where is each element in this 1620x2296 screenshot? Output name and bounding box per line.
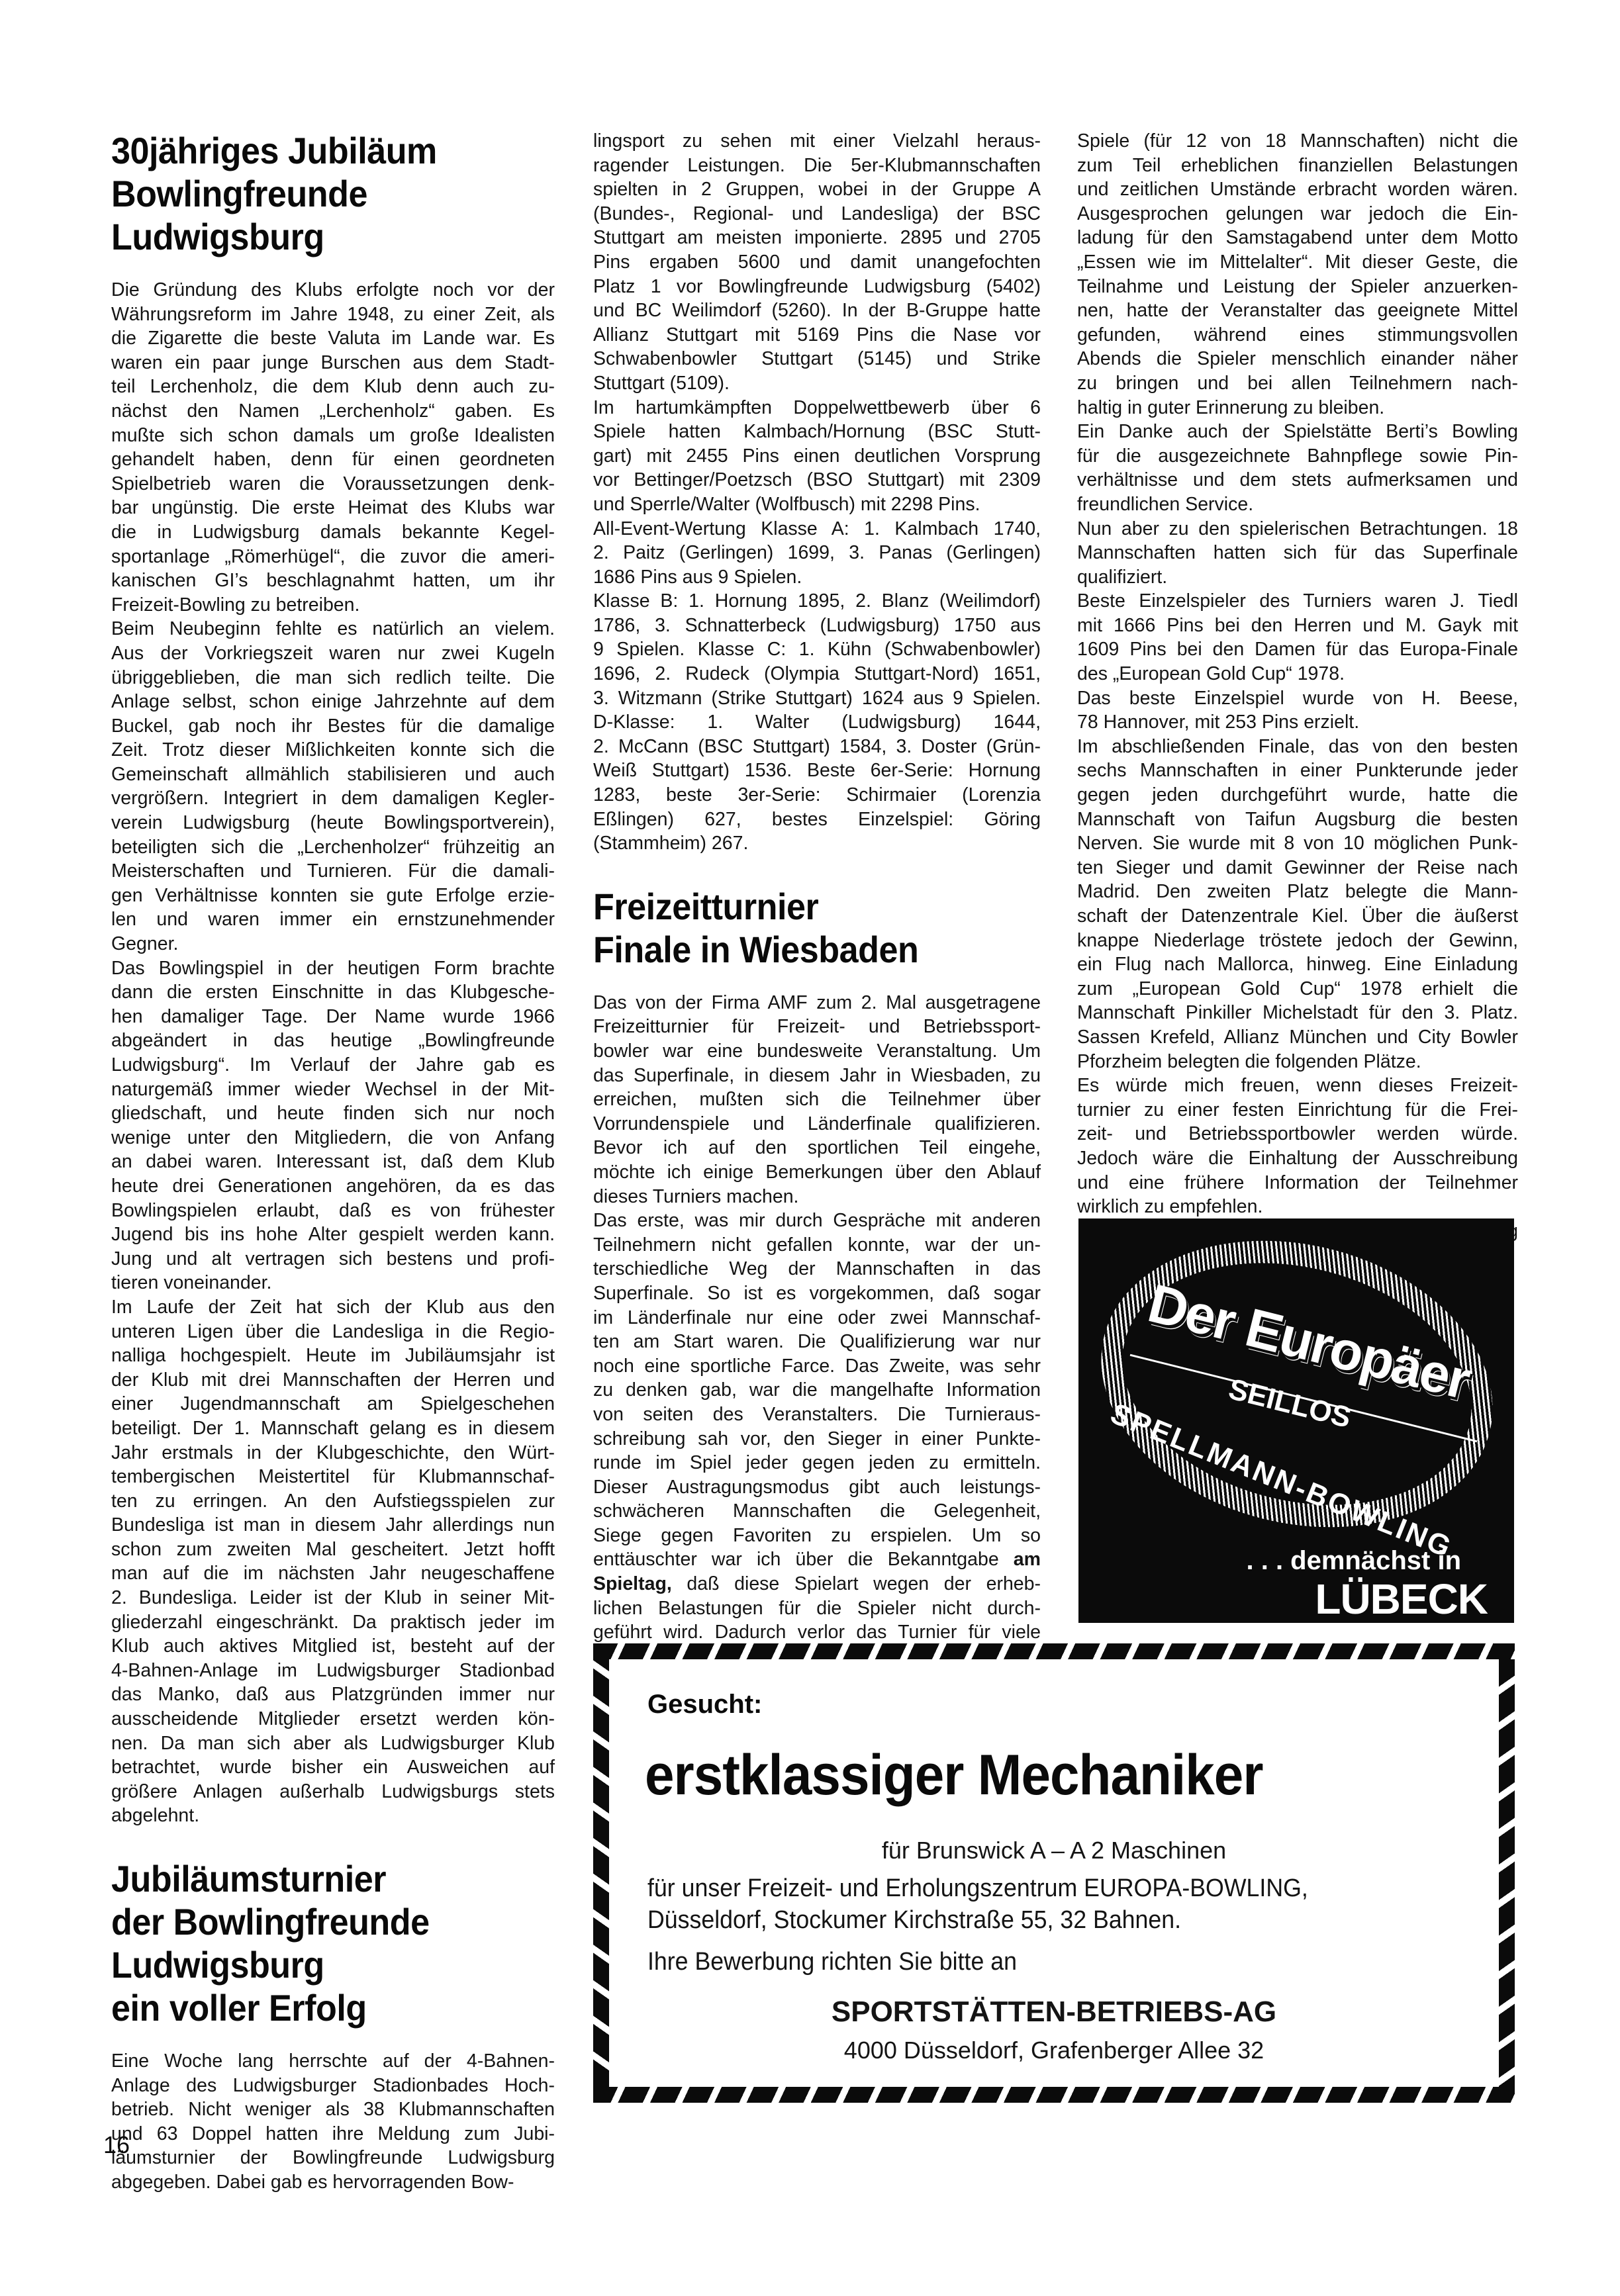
paragraph: Das von der Firma AMF zum 2. Mal ausgetr…: [593, 991, 1041, 1209]
headline-line: der Bowlingfreunde: [111, 1900, 524, 1943]
headline-line: Finale in Wiesbaden: [593, 928, 1010, 971]
headline-line: 30jähriges Jubiläum: [111, 129, 524, 172]
headline-line: Ludwigsburg: [111, 1943, 524, 1986]
article2-body-continued: lingsport zu sehen mit einer Vielzahl he…: [593, 129, 1041, 856]
job-ad-title: erstklassiger Mechaniker: [645, 1743, 1263, 1808]
promo-ad-europaeer: Der Europäer SEILLOS SPELLMANN-BOWLING .…: [1078, 1218, 1514, 1623]
article3-headline: FreizeitturnierFinale in Wiesbaden: [593, 885, 1010, 971]
striped-border-top: [593, 1643, 1515, 1659]
page-number: 16: [103, 2131, 130, 2159]
article3-body-start: Das von der Firma AMF zum 2. Mal ausgetr…: [593, 991, 1041, 1693]
paragraph: Im hartumkämpften Doppelwettbewerb über …: [593, 396, 1041, 517]
striped-border-bottom: [593, 2087, 1515, 2103]
column-right: Spiele (für 12 von 18 Mannschaften) nich…: [1077, 129, 1518, 1243]
paragraph: lingsport zu sehen mit einer Vielzahl he…: [593, 129, 1041, 396]
column-left: 30jähriges JubiläumBowlingfreundeLudwigs…: [111, 129, 555, 2195]
promo-tagline: . . . demnächst in: [1246, 1546, 1461, 1576]
job-ad-kicker: Gesucht:: [647, 1690, 762, 1720]
paragraph: Im Laufe der Zeit hat sich der Klub aus …: [111, 1295, 555, 1828]
job-ad-content: Gesucht: erstklassiger Mechaniker für Br…: [609, 1659, 1499, 2087]
paragraph: Klasse B: 1. Hornung 1895, 2. Blanz (Wei…: [593, 589, 1041, 856]
headline-line: ein voller Erfolg: [111, 1986, 524, 2029]
paragraph: All-Event-Wertung Klasse A: 1. Kalmbach …: [593, 517, 1041, 590]
job-ad-description: für unser Freizeit- und Erholungszentrum…: [647, 1872, 1308, 1936]
paragraph: Das erste, was mir durch Gespräche mit a…: [593, 1209, 1041, 1693]
article2-body-start: Eine Woche lang herrschte auf der 4-Bahn…: [111, 2049, 555, 2195]
headline-line: Jubiläumsturnier: [111, 1857, 524, 1900]
striped-border-left: [593, 1659, 609, 2087]
headline-line: Ludwigsburg: [111, 215, 524, 258]
promo-city: LÜBECK: [1315, 1575, 1488, 1623]
paragraph: Beste Einzelspieler des Turniers waren J…: [1077, 589, 1518, 686]
headline-line: Freizeitturnier: [593, 885, 1010, 928]
paragraph: Das Bowlingspiel in der heutigen Form br…: [111, 956, 555, 1295]
paragraph: Die Gründung des Klubs erfolgte noch vor…: [111, 278, 555, 617]
column-middle: lingsport zu sehen mit einer Vielzahl he…: [593, 129, 1041, 1693]
article2-headline: Jubiläumsturnierder BowlingfreundeLudwig…: [111, 1857, 524, 2029]
paragraph: Im abschließenden Finale, das von den be…: [1077, 735, 1518, 1074]
paragraph: Spiele (für 12 von 18 Mannschaften) nich…: [1077, 129, 1518, 420]
paragraph: Das beste Einzelspiel wurde von H. Beese…: [1077, 686, 1518, 735]
job-ad-machines: für Brunswick A – A 2 Maschinen: [609, 1837, 1499, 1864]
article1-headline: 30jähriges JubiläumBowlingfreundeLudwigs…: [111, 129, 524, 258]
job-ad-description-line: für unser Freizeit- und Erholungszentrum…: [647, 1872, 1308, 1904]
paragraph: Eine Woche lang herrschte auf der 4-Bahn…: [111, 2049, 555, 2195]
paragraph: Nun aber zu den spielerischen Betrachtun…: [1077, 517, 1518, 590]
striped-border-right: [1499, 1659, 1515, 2087]
paragraph: Beim Neubeginn fehlte es natürlich an vi…: [111, 617, 555, 956]
job-ad-apply: Ihre Bewerbung richten Sie bitte an: [647, 1948, 1017, 1976]
headline-line: Bowlingfreunde: [111, 172, 524, 215]
paragraph: Ein Danke auch der Spielstätte Berti’s B…: [1077, 420, 1518, 516]
job-ad-mechaniker: Gesucht: erstklassiger Mechaniker für Br…: [593, 1643, 1515, 2103]
job-ad-description-line: Düsseldorf, Stockumer Kirchstraße 55, 32…: [647, 1904, 1308, 1936]
job-ad-address: 4000 Düsseldorf, Grafenberger Allee 32: [609, 2037, 1499, 2064]
job-ad-company: SPORTSTÄTTEN-BETRIEBS-AG: [609, 1996, 1499, 2029]
paragraph: Es würde mich freuen, wenn dieses Freize…: [1077, 1074, 1518, 1219]
article3-body-continued: Spiele (für 12 von 18 Mannschaften) nich…: [1077, 129, 1518, 1219]
article1-body: Die Gründung des Klubs erfolgte noch vor…: [111, 278, 555, 1828]
